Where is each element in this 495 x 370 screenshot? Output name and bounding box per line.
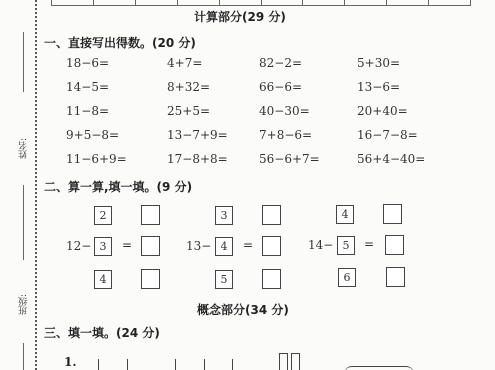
binding-dotted-line (35, 0, 37, 370)
given-box: 4 (336, 205, 354, 224)
calc-section-title: 计算部分(29 分) (194, 8, 286, 25)
score-table (51, 0, 471, 6)
given-box: 2 (94, 206, 112, 225)
expression: 40−30= (259, 104, 310, 118)
answer-box[interactable] (141, 205, 160, 225)
minuend: 12− (66, 239, 91, 253)
given-box: 3 (215, 206, 233, 225)
given-box: 4 (94, 270, 112, 289)
expression: 5+30= (357, 56, 400, 70)
given-box: 3 (94, 237, 112, 256)
given-box: 5 (215, 270, 233, 289)
equals-sign: = (122, 238, 132, 252)
expression: 8+32= (167, 80, 210, 94)
given-box: 5 (337, 236, 355, 255)
minuend: 13− (186, 239, 211, 253)
class-underline (23, 343, 24, 370)
expression: 18−6= (66, 56, 109, 70)
answer-box[interactable] (385, 235, 404, 255)
answer-box[interactable] (386, 267, 405, 287)
class-label: 班级: (17, 294, 30, 315)
equals-sign: = (243, 238, 253, 252)
expression: 11−8= (66, 104, 109, 118)
answer-box[interactable] (383, 204, 402, 224)
divider-line (23, 185, 24, 260)
expression: 66−6= (259, 80, 302, 94)
answer-box[interactable] (262, 269, 281, 289)
expression: 20+40= (357, 104, 408, 118)
name-label: 姓名: (17, 138, 30, 159)
expression: 25+5= (167, 104, 210, 118)
expression: 9+5−8= (66, 128, 119, 142)
expression: 82−2= (259, 56, 302, 70)
expression: 17−8+8= (167, 152, 228, 166)
q3-heading: 三、填一填。(24 分) (44, 324, 160, 341)
expression: 13−7+9= (167, 128, 228, 142)
given-box: 4 (215, 237, 233, 256)
expression: 4+7= (167, 56, 202, 70)
expression: 56−6+7= (259, 152, 320, 166)
expression: 13−6= (357, 80, 400, 94)
expression: 11−6+9= (66, 152, 127, 166)
q2-heading: 二、算一算,填一填。(9 分) (44, 178, 192, 195)
q3-item1-label: 1. (64, 355, 77, 369)
q1-heading: 一、直接写出得数。(20 分) (44, 34, 196, 51)
equals-sign: = (364, 237, 374, 251)
given-box: 6 (338, 268, 356, 287)
expression: 56+4−40= (357, 152, 425, 166)
expression: 7+8−6= (259, 128, 312, 142)
minuend: 14− (308, 238, 333, 252)
answer-box[interactable] (262, 205, 281, 225)
answer-box[interactable] (141, 269, 160, 289)
expression: 14−5= (66, 80, 109, 94)
answer-box[interactable] (262, 236, 281, 256)
name-underline (23, 32, 24, 92)
answer-box[interactable] (141, 236, 160, 256)
expression: 16−7−8= (357, 128, 418, 142)
concept-section-title: 概念部分(34 分) (197, 301, 289, 318)
